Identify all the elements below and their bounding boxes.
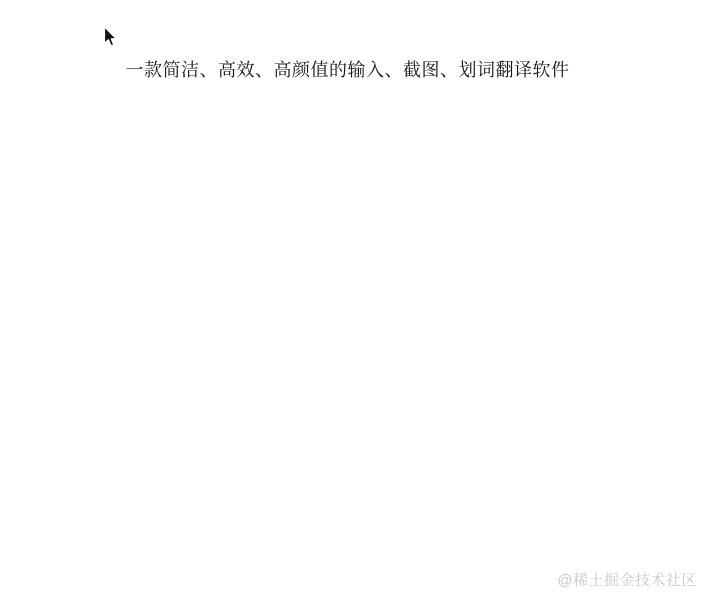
app-tagline: 一款简洁、高效、高颜值的输入、截图、划词翻译软件 bbox=[0, 60, 695, 80]
page-canvas: 一款简洁、高效、高颜值的输入、截图、划词翻译软件 @稀土掘金技术社区 bbox=[0, 0, 714, 608]
mouse-cursor-arrow-icon bbox=[103, 26, 118, 48]
watermark-juejin-community: @稀土掘金技术社区 bbox=[557, 573, 697, 588]
